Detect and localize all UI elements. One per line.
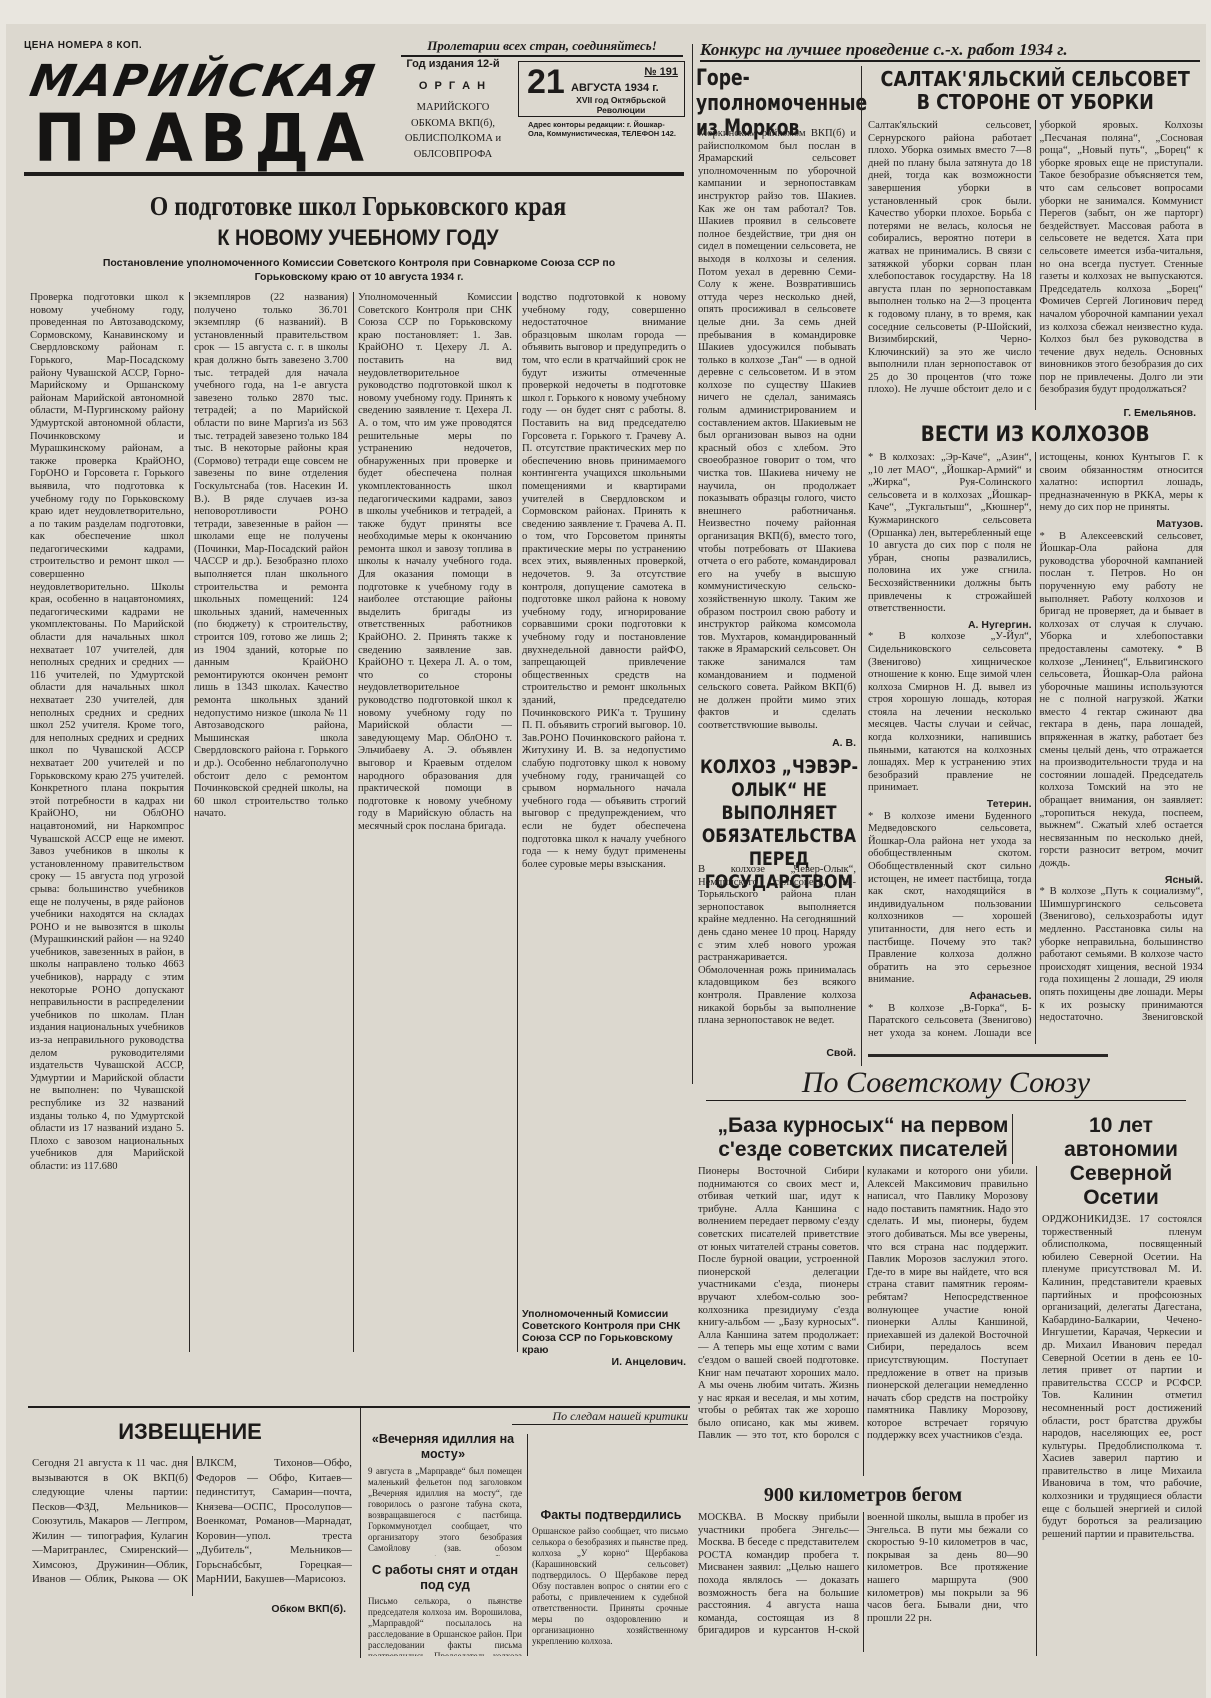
notice-signature: Обком ВКП(б).: [206, 1603, 346, 1615]
section-divider: [868, 1054, 1108, 1057]
column-rule: [360, 1408, 361, 1658]
main-article-column-1: Проверка подготовки школ к новому учебно…: [30, 292, 184, 1352]
facts-title: Факты подтвердились: [532, 1508, 690, 1522]
column-rule: [861, 66, 862, 1066]
bottom-section-rule: [28, 1406, 690, 1408]
main-article-signature-block: Уполномоченный Комиссии Советского Контр…: [522, 1308, 686, 1368]
editorial-address: Адрес конторы редакции: г. Йошкар-Ола, К…: [528, 120, 678, 138]
issue-number: № 191: [644, 66, 678, 78]
kolkhoz-news-item: * В колхозе „У-Йул“, Сидельниковского се…: [868, 631, 1032, 810]
gore-article-signature: А. В.: [698, 737, 856, 749]
main-article-column-3: Уполномоченный Комиссии Советского Контр…: [358, 292, 512, 1352]
column-rule: [527, 1434, 528, 1656]
contest-banner: Конкурс на лучшее проведение с.-х. работ…: [700, 40, 1200, 62]
column-rule: [692, 44, 693, 1084]
facts-body: Оршанское райзо сообщает, что письмо сел…: [532, 1526, 688, 1654]
masthead-title-line2: ПРАВДА: [34, 104, 371, 174]
kolkhoz-news-item: * В колхозах: „Эр-Каче“, „Азин“, „10 лет…: [868, 452, 1032, 631]
year-of-publication: Год издания 12-й: [398, 58, 508, 70]
saltak-article-title: САЛТАК'ЯЛЬСКИЙ СЕЛЬСОВЕТ В СТОРОНЕ ОТ УБ…: [868, 68, 1202, 114]
kolkhoz-news-item: * В Алексеевский сельсовет, Йошкар-Ола р…: [1040, 531, 1204, 887]
slogan: Пролетарии всех стран, соединяйтесь!: [401, 38, 683, 57]
kolkhoz-news-title: ВЕСТИ ИЗ КОЛХОЗОВ: [868, 422, 1202, 446]
column-rule: [353, 292, 354, 1352]
chever-article-body: В колхозе „Чевер-Олык“, Немдинского сель…: [698, 864, 856, 1044]
run-article-title: 900 километров бегом: [698, 1484, 1028, 1507]
soviet-union-section-title: По Советскому Союзу: [706, 1066, 1186, 1101]
ossetia-article-title: 10 лет автономии Северной Осетии: [1036, 1114, 1206, 1210]
run-article-body: МОСКВА. В Москву прибыли участники пробе…: [698, 1512, 1028, 1652]
newspaper-page: ЦЕНА НОМЕРА 8 КОП. Пролетарии всех стран…: [6, 24, 1206, 1698]
ossetia-article-body: ОРДЖОНИКИДЗЕ. 17 состоялся торжественный…: [1042, 1214, 1202, 1654]
main-article-column-4: водство подготовкой к новому учебному го…: [522, 292, 686, 1292]
date-box: 21 № 191 АВГУСТА 1934 г. XVII год Октябр…: [518, 61, 685, 117]
baza-article-title: „База курносых“ на первом с'езде советск…: [698, 1114, 1028, 1162]
removed-body: Письмо селькора, о пьянстве председателя…: [368, 1596, 522, 1656]
notice-body: Сегодня 21 августа к 11 час. дня вызываю…: [32, 1456, 352, 1596]
baza-article-body: Пионеры Восточной Сибири поднимаются со …: [698, 1166, 1028, 1476]
main-article-title: О подготовке школ Горьковского края: [68, 191, 649, 221]
critique-section-title: По следам нашей критики: [512, 1409, 688, 1425]
chever-article-signature: Свой.: [698, 1047, 856, 1059]
column-rule: [1012, 1114, 1013, 1164]
idyll-title: «Вечерняя идиллия на мосту»: [368, 1432, 518, 1462]
date-day: 21: [527, 64, 565, 100]
price-label: ЦЕНА НОМЕРА 8 КОП.: [24, 40, 142, 51]
gore-article-body: Моркинским райкомом ВКП(б) и райисполком…: [698, 128, 856, 728]
removed-title: С работы снят и отдан под суд: [368, 1562, 522, 1592]
saltak-article-signature: Г. Емельянов.: [1036, 407, 1196, 419]
masthead-rule: [24, 172, 684, 176]
masthead-title-line1: МАРИЙСКАЯ: [26, 59, 379, 105]
column-rule: [189, 292, 190, 1352]
column-rule: [517, 292, 518, 1352]
notice-title: ИЗВЕЩЕНИЕ: [30, 1419, 350, 1445]
main-article-column-2: экземпляров (22 названия) получено тольк…: [194, 292, 348, 1352]
main-article-subtitle: Постановление уполномоченного Комиссии С…: [76, 256, 642, 284]
date-month: АВГУСТА 1934 г.: [571, 82, 659, 94]
kolkhoz-news-body: * В колхозах: „Эр-Каче“, „Азин“, „10 лет…: [868, 452, 1203, 1044]
main-article-title-line2: К НОВОМУ УЧЕБНОМУ ГОДУ: [61, 225, 655, 251]
organ-label: О Р Г А Н: [398, 80, 508, 92]
column-rule: [1036, 1166, 1037, 1656]
kolkhoz-news-item: * В колхозе имени Буденного Медведовског…: [868, 811, 1032, 1003]
idyll-body: 9 августа в „Марправде“ был помещен мале…: [368, 1466, 522, 1556]
organ-lines: МАРИЙСКОГО ОБКОМА ВКП(б), ОБЛИСПОЛКОМА и…: [398, 100, 508, 162]
saltak-article-body: Салтак'яльский сельсовет, Сернурского ра…: [868, 120, 1203, 410]
revolution-year: XVII год Октябрьской Революции: [565, 95, 677, 115]
